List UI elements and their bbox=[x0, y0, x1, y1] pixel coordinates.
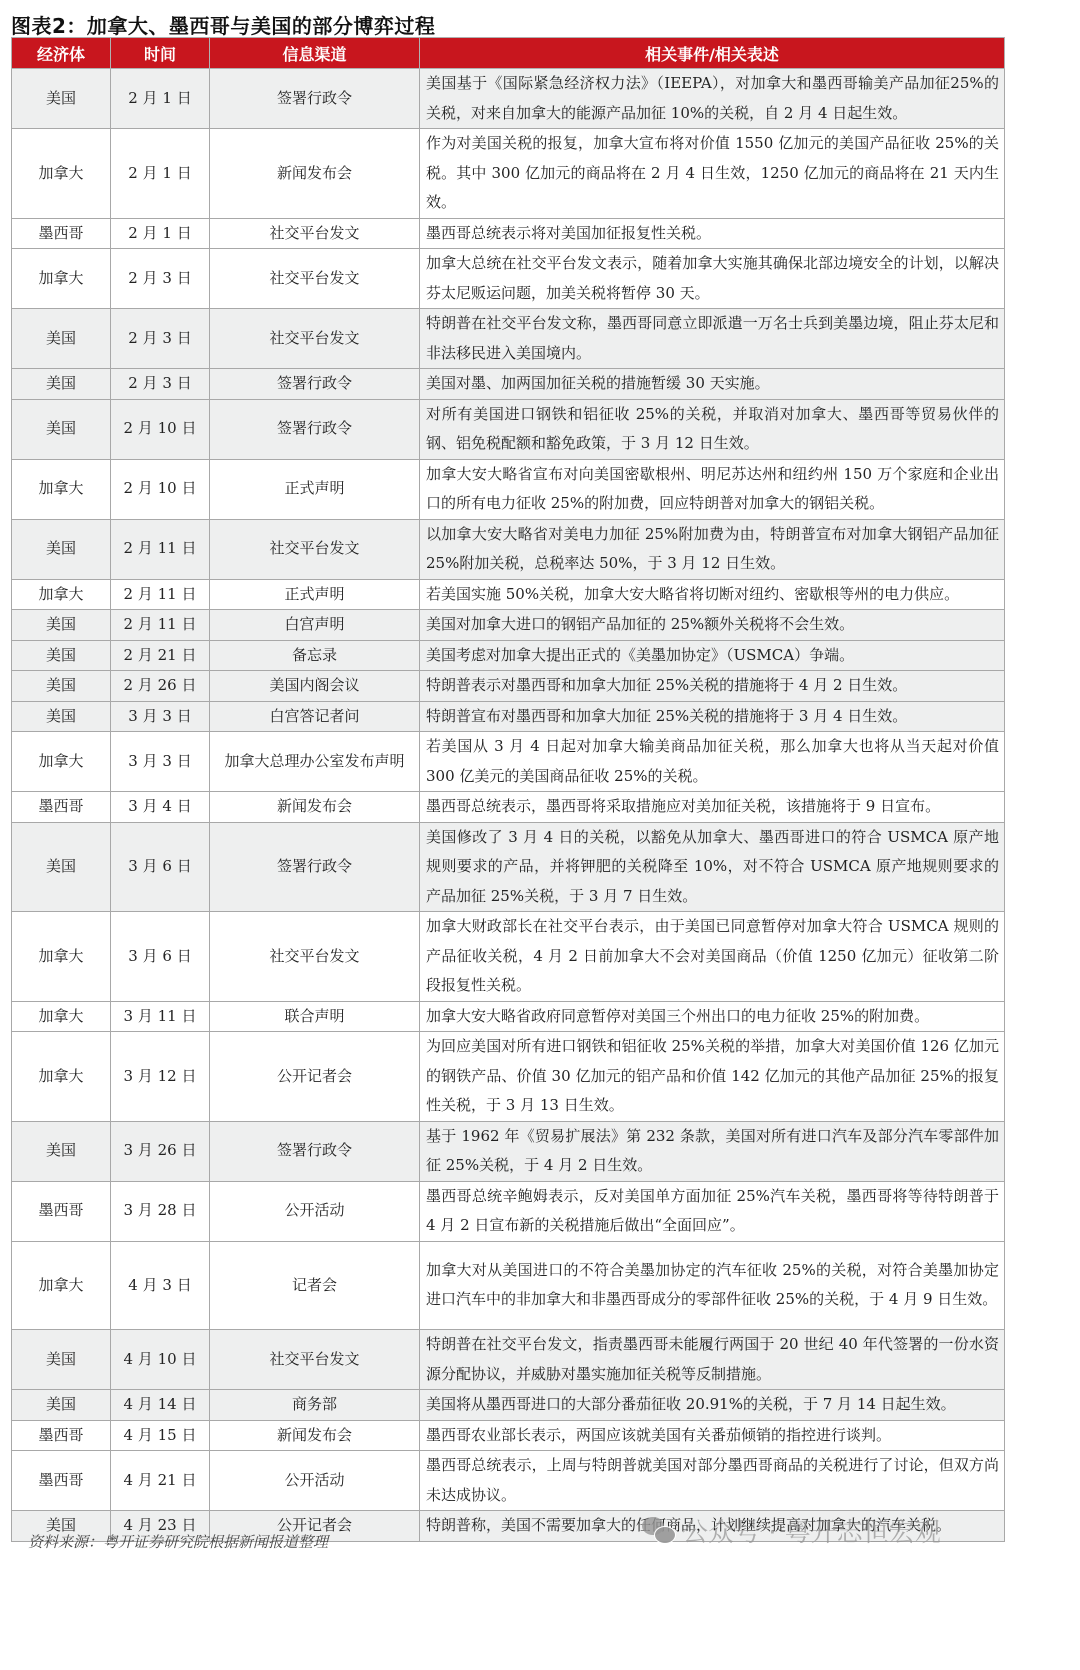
cell-description: 以加拿大安大略省对美电力加征 25%附加费为由，特朗普宣布对加拿大钢铝产品加征 … bbox=[420, 519, 1005, 579]
cell-date: 2 月 3 日 bbox=[111, 249, 210, 309]
table-row: 加拿大3 月 11 日联合声明加拿大安大略省政府同意暂停对美国三个州出口的电力征… bbox=[12, 1001, 1005, 1032]
table-row: 美国3 月 6 日签署行政令美国修改了 3 月 4 日的关税，以豁免从加拿大、墨… bbox=[12, 822, 1005, 912]
cell-description: 加拿大对从美国进口的不符合美墨加协定的汽车征收 25%的关税，对符合美墨加协定进… bbox=[420, 1241, 1005, 1330]
table-row: 墨西哥4 月 21 日公开活动墨西哥总统表示，上周与特朗普就美国对部分墨西哥商品… bbox=[12, 1451, 1005, 1511]
cell-description: 墨西哥总统表示将对美国加征报复性关税。 bbox=[420, 218, 1005, 249]
cell-channel: 签署行政令 bbox=[210, 369, 420, 400]
cell-channel: 社交平台发文 bbox=[210, 309, 420, 369]
wechat-icon bbox=[642, 1517, 676, 1545]
cell-description: 加拿大安大略省宣布对向美国密歇根州、明尼苏达州和纽约州 150 万个家庭和企业出… bbox=[420, 459, 1005, 519]
cell-economy: 墨西哥 bbox=[12, 792, 111, 823]
cell-channel: 加拿大总理办公室发布声明 bbox=[210, 732, 420, 792]
cell-economy: 美国 bbox=[12, 309, 111, 369]
cell-economy: 加拿大 bbox=[12, 1001, 111, 1032]
cell-date: 3 月 3 日 bbox=[111, 732, 210, 792]
cell-description: 基于 1962 年《贸易扩展法》第 232 条款，美国对所有进口汽车及部分汽车零… bbox=[420, 1121, 1005, 1181]
source-note: 资料来源：粤开证券研究院根据新闻报道整理 bbox=[28, 1531, 328, 1552]
cell-channel: 签署行政令 bbox=[210, 69, 420, 129]
cell-economy: 加拿大 bbox=[12, 1032, 111, 1122]
cell-channel: 公开记者会 bbox=[210, 1032, 420, 1122]
table-row: 美国4 月 14 日商务部美国将从墨西哥进口的大部分番茄征收 20.91%的关税… bbox=[12, 1390, 1005, 1421]
cell-description: 美国将从墨西哥进口的大部分番茄征收 20.91%的关税，于 7 月 14 日起生… bbox=[420, 1390, 1005, 1421]
cell-date: 4 月 14 日 bbox=[111, 1390, 210, 1421]
cell-channel: 联合声明 bbox=[210, 1001, 420, 1032]
cell-description: 特朗普表示对墨西哥和加拿大加征 25%关税的措施将于 4 月 2 日生效。 bbox=[420, 671, 1005, 702]
cell-economy: 墨西哥 bbox=[12, 1451, 111, 1511]
table-row: 加拿大3 月 12 日公开记者会为回应美国对所有进口钢铁和铝征收 25%关税的举… bbox=[12, 1032, 1005, 1122]
header-channel: 信息渠道 bbox=[210, 38, 420, 69]
cell-economy: 墨西哥 bbox=[12, 218, 111, 249]
cell-description: 作为对美国关税的报复，加拿大宣布将对价值 1550 亿加元的美国产品征收 25%… bbox=[420, 129, 1005, 219]
cell-date: 4 月 3 日 bbox=[111, 1241, 210, 1330]
table-row: 美国2 月 3 日社交平台发文特朗普在社交平台发文称，墨西哥同意立即派遣一万名士… bbox=[12, 309, 1005, 369]
table-row: 加拿大2 月 11 日正式声明若美国实施 50%关税，加拿大安大略省将切断对纽约… bbox=[12, 579, 1005, 610]
cell-date: 3 月 6 日 bbox=[111, 822, 210, 912]
cell-economy: 美国 bbox=[12, 610, 111, 641]
table-row: 墨西哥2 月 1 日社交平台发文墨西哥总统表示将对美国加征报复性关税。 bbox=[12, 218, 1005, 249]
table-row: 美国2 月 11 日白宫声明美国对加拿大进口的钢铝产品加征的 25%额外关税将不… bbox=[12, 610, 1005, 641]
table-row: 加拿大3 月 6 日社交平台发文加拿大财政部长在社交平台表示，由于美国已同意暂停… bbox=[12, 912, 1005, 1002]
cell-channel: 公开活动 bbox=[210, 1451, 420, 1511]
table-header-row: 经济体 时间 信息渠道 相关事件/相关表述 bbox=[12, 38, 1005, 69]
watermark-text: 公众号 · 粤开志恒宏观 bbox=[682, 1512, 941, 1549]
cell-description: 墨西哥总统辛鲍姆表示，反对美国单方面加征 25%汽车关税，墨西哥将等待特朗普于 … bbox=[420, 1181, 1005, 1241]
events-table: 经济体 时间 信息渠道 相关事件/相关表述 美国2 月 1 日签署行政令美国基于… bbox=[11, 37, 1005, 1542]
cell-date: 2 月 21 日 bbox=[111, 640, 210, 671]
table-row: 美国3 月 3 日白宫答记者问特朗普宣布对墨西哥和加拿大加征 25%关税的措施将… bbox=[12, 701, 1005, 732]
cell-channel: 商务部 bbox=[210, 1390, 420, 1421]
table-row: 加拿大4 月 3 日记者会加拿大对从美国进口的不符合美墨加协定的汽车征收 25%… bbox=[12, 1241, 1005, 1330]
cell-date: 3 月 6 日 bbox=[111, 912, 210, 1002]
cell-description: 美国基于《国际紧急经济权力法》（IEEPA），对加拿大和墨西哥输美产品加征25%… bbox=[420, 69, 1005, 129]
header-economy: 经济体 bbox=[12, 38, 111, 69]
cell-economy: 加拿大 bbox=[12, 579, 111, 610]
cell-date: 3 月 11 日 bbox=[111, 1001, 210, 1032]
cell-date: 3 月 26 日 bbox=[111, 1121, 210, 1181]
cell-description: 若美国从 3 月 4 日起对加拿大输美商品加征关税，那么加拿大也将从当天起对价值… bbox=[420, 732, 1005, 792]
table-row: 美国2 月 21 日备忘录美国考虑对加拿大提出正式的《美墨加协定》（USMCA）… bbox=[12, 640, 1005, 671]
cell-economy: 加拿大 bbox=[12, 1241, 111, 1330]
cell-date: 2 月 3 日 bbox=[111, 309, 210, 369]
cell-channel: 公开活动 bbox=[210, 1181, 420, 1241]
cell-description: 加拿大财政部长在社交平台表示，由于美国已同意暂停对加拿大符合 USMCA 规则的… bbox=[420, 912, 1005, 1002]
table-row: 加拿大2 月 10 日正式声明加拿大安大略省宣布对向美国密歇根州、明尼苏达州和纽… bbox=[12, 459, 1005, 519]
cell-channel: 新闻发布会 bbox=[210, 129, 420, 219]
cell-economy: 加拿大 bbox=[12, 732, 111, 792]
cell-economy: 美国 bbox=[12, 671, 111, 702]
cell-date: 3 月 12 日 bbox=[111, 1032, 210, 1122]
cell-channel: 正式声明 bbox=[210, 579, 420, 610]
cell-economy: 美国 bbox=[12, 1121, 111, 1181]
table-row: 墨西哥3 月 28 日公开活动墨西哥总统辛鲍姆表示，反对美国单方面加征 25%汽… bbox=[12, 1181, 1005, 1241]
cell-date: 2 月 10 日 bbox=[111, 399, 210, 459]
table-row: 美国2 月 3 日签署行政令美国对墨、加两国加征关税的措施暂缓 30 天实施。 bbox=[12, 369, 1005, 400]
cell-channel: 备忘录 bbox=[210, 640, 420, 671]
table-row: 墨西哥4 月 15 日新闻发布会墨西哥农业部长表示，两国应该就美国有关番茄倾销的… bbox=[12, 1420, 1005, 1451]
cell-description: 特朗普在社交平台发文称，墨西哥同意立即派遣一万名士兵到美墨边境，阻止芬太尼和非法… bbox=[420, 309, 1005, 369]
cell-channel: 新闻发布会 bbox=[210, 1420, 420, 1451]
table-row: 美国2 月 11 日社交平台发文以加拿大安大略省对美电力加征 25%附加费为由，… bbox=[12, 519, 1005, 579]
cell-channel: 社交平台发文 bbox=[210, 1330, 420, 1390]
cell-date: 2 月 26 日 bbox=[111, 671, 210, 702]
cell-economy: 美国 bbox=[12, 1330, 111, 1390]
cell-description: 加拿大安大略省政府同意暂停对美国三个州出口的电力征收 25%的附加费。 bbox=[420, 1001, 1005, 1032]
table-row: 加拿大3 月 3 日加拿大总理办公室发布声明若美国从 3 月 4 日起对加拿大输… bbox=[12, 732, 1005, 792]
cell-channel: 记者会 bbox=[210, 1241, 420, 1330]
cell-description: 对所有美国进口钢铁和铝征收 25%的关税，并取消对加拿大、墨西哥等贸易伙伴的钢、… bbox=[420, 399, 1005, 459]
cell-economy: 加拿大 bbox=[12, 129, 111, 219]
cell-economy: 墨西哥 bbox=[12, 1420, 111, 1451]
cell-date: 4 月 15 日 bbox=[111, 1420, 210, 1451]
cell-date: 2 月 11 日 bbox=[111, 579, 210, 610]
watermark: 公众号 · 粤开志恒宏观 bbox=[642, 1512, 941, 1549]
table-row: 加拿大2 月 3 日社交平台发文加拿大总统在社交平台发文表示，随着加拿大实施其确… bbox=[12, 249, 1005, 309]
cell-channel: 社交平台发文 bbox=[210, 249, 420, 309]
cell-description: 墨西哥农业部长表示，两国应该就美国有关番茄倾销的指控进行谈判。 bbox=[420, 1420, 1005, 1451]
cell-economy: 美国 bbox=[12, 1390, 111, 1421]
cell-economy: 美国 bbox=[12, 640, 111, 671]
cell-date: 4 月 10 日 bbox=[111, 1330, 210, 1390]
cell-description: 若美国实施 50%关税，加拿大安大略省将切断对纽约、密歇根等州的电力供应。 bbox=[420, 579, 1005, 610]
cell-date: 2 月 1 日 bbox=[111, 69, 210, 129]
cell-date: 2 月 10 日 bbox=[111, 459, 210, 519]
cell-date: 3 月 4 日 bbox=[111, 792, 210, 823]
cell-date: 2 月 11 日 bbox=[111, 610, 210, 641]
cell-description: 为回应美国对所有进口钢铁和铝征收 25%关税的举措，加拿大对美国价值 126 亿… bbox=[420, 1032, 1005, 1122]
table-row: 美国2 月 26 日美国内阁会议特朗普表示对墨西哥和加拿大加征 25%关税的措施… bbox=[12, 671, 1005, 702]
cell-description: 美国修改了 3 月 4 日的关税，以豁免从加拿大、墨西哥进口的符合 USMCA … bbox=[420, 822, 1005, 912]
cell-description: 美国对墨、加两国加征关税的措施暂缓 30 天实施。 bbox=[420, 369, 1005, 400]
cell-description: 特朗普宣布对墨西哥和加拿大加征 25%关税的措施将于 3 月 4 日生效。 bbox=[420, 701, 1005, 732]
cell-channel: 社交平台发文 bbox=[210, 519, 420, 579]
cell-channel: 新闻发布会 bbox=[210, 792, 420, 823]
cell-description: 美国考虑对加拿大提出正式的《美墨加协定》（USMCA）争端。 bbox=[420, 640, 1005, 671]
cell-channel: 签署行政令 bbox=[210, 822, 420, 912]
cell-description: 墨西哥总统表示，上周与特朗普就美国对部分墨西哥商品的关税进行了讨论，但双方尚未达… bbox=[420, 1451, 1005, 1511]
cell-economy: 美国 bbox=[12, 369, 111, 400]
cell-channel: 白宫答记者问 bbox=[210, 701, 420, 732]
cell-economy: 墨西哥 bbox=[12, 1181, 111, 1241]
header-date: 时间 bbox=[111, 38, 210, 69]
cell-channel: 社交平台发文 bbox=[210, 912, 420, 1002]
cell-economy: 美国 bbox=[12, 69, 111, 129]
cell-description: 特朗普在社交平台发文，指责墨西哥未能履行两国于 20 世纪 40 年代签署的一份… bbox=[420, 1330, 1005, 1390]
cell-description: 加拿大总统在社交平台发文表示，随着加拿大实施其确保北部边境安全的计划，以解决芬太… bbox=[420, 249, 1005, 309]
table-row: 美国4 月 10 日社交平台发文特朗普在社交平台发文，指责墨西哥未能履行两国于 … bbox=[12, 1330, 1005, 1390]
cell-channel: 正式声明 bbox=[210, 459, 420, 519]
figure-title: 图表2：加拿大、墨西哥与美国的部分博弈过程 bbox=[11, 10, 435, 39]
cell-description: 墨西哥总统表示，墨西哥将采取措施应对美加征关税，该措施将于 9 日宣布。 bbox=[420, 792, 1005, 823]
table-row: 加拿大2 月 1 日新闻发布会作为对美国关税的报复，加拿大宣布将对价值 1550… bbox=[12, 129, 1005, 219]
cell-channel: 社交平台发文 bbox=[210, 218, 420, 249]
cell-economy: 美国 bbox=[12, 701, 111, 732]
cell-economy: 美国 bbox=[12, 822, 111, 912]
cell-date: 2 月 1 日 bbox=[111, 218, 210, 249]
cell-date: 3 月 3 日 bbox=[111, 701, 210, 732]
table-row: 美国2 月 1 日签署行政令美国基于《国际紧急经济权力法》（IEEPA），对加拿… bbox=[12, 69, 1005, 129]
cell-date: 4 月 21 日 bbox=[111, 1451, 210, 1511]
cell-date: 3 月 28 日 bbox=[111, 1181, 210, 1241]
cell-economy: 加拿大 bbox=[12, 912, 111, 1002]
cell-date: 2 月 3 日 bbox=[111, 369, 210, 400]
table-row: 美国3 月 26 日签署行政令基于 1962 年《贸易扩展法》第 232 条款，… bbox=[12, 1121, 1005, 1181]
cell-economy: 美国 bbox=[12, 519, 111, 579]
cell-date: 2 月 11 日 bbox=[111, 519, 210, 579]
table-row: 墨西哥3 月 4 日新闻发布会墨西哥总统表示，墨西哥将采取措施应对美加征关税，该… bbox=[12, 792, 1005, 823]
cell-channel: 美国内阁会议 bbox=[210, 671, 420, 702]
cell-channel: 签署行政令 bbox=[210, 1121, 420, 1181]
cell-channel: 签署行政令 bbox=[210, 399, 420, 459]
table-body: 美国2 月 1 日签署行政令美国基于《国际紧急经济权力法》（IEEPA），对加拿… bbox=[12, 69, 1005, 1542]
table-row: 美国2 月 10 日签署行政令对所有美国进口钢铁和铝征收 25%的关税，并取消对… bbox=[12, 399, 1005, 459]
cell-description: 美国对加拿大进口的钢铝产品加征的 25%额外关税将不会生效。 bbox=[420, 610, 1005, 641]
header-description: 相关事件/相关表述 bbox=[420, 38, 1005, 69]
cell-economy: 加拿大 bbox=[12, 459, 111, 519]
cell-economy: 加拿大 bbox=[12, 249, 111, 309]
cell-channel: 白宫声明 bbox=[210, 610, 420, 641]
cell-economy: 美国 bbox=[12, 399, 111, 459]
cell-date: 2 月 1 日 bbox=[111, 129, 210, 219]
